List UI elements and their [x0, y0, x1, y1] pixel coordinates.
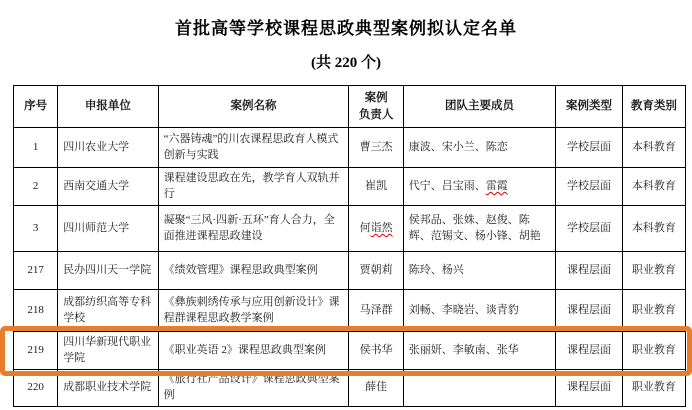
- cell-team: 侯邦品、张姝、赵俊、陈辉、范锡文、杨小锋、胡艳: [403, 206, 556, 252]
- cell-case: “六器铸魂”的川农课程思政育人模式创新与实践: [158, 128, 349, 168]
- col-header-category: 教育类别: [622, 86, 685, 128]
- cell-type: 学校层面: [556, 128, 622, 168]
- cell-team: 刘畅、李晓岩、谈青豹: [403, 290, 556, 332]
- cell-no: 220: [14, 370, 58, 407]
- cell-unit: 四川农业大学: [58, 128, 158, 168]
- cell-leader: 侯书华: [349, 332, 403, 370]
- col-header-leader: 案例负责人: [349, 86, 403, 128]
- cell-leader: 崔凯: [349, 168, 403, 206]
- cell-team: 陈玲、杨兴: [403, 252, 556, 290]
- cell-team: 张丽妍、李敏南、张华: [403, 332, 556, 370]
- team-names: 代宁、吕宝雨、: [409, 180, 486, 192]
- col-header-leader-line2: 负责人: [359, 109, 394, 121]
- cell-leader: 曹三杰: [349, 128, 403, 168]
- col-header-type: 案例类型: [556, 86, 622, 128]
- table-row: 3 四川师范大学 凝聚“三风·四新·五环”育人合力，全面推进课程思政建设 何诣然…: [14, 206, 686, 252]
- cell-type: 课程层面: [556, 252, 622, 290]
- cases-table: 序号 申报单位 案例名称 案例负责人 团队主要成员 案例类型 教育类别 1 四川…: [13, 85, 686, 407]
- cell-category: 职业教育: [622, 370, 685, 407]
- cell-type: 课程层面: [556, 370, 622, 407]
- table-row: 217 民办四川天一学院 《绩效管理》课程思政典型案例 贾朝莉 陈玲、杨兴 课程…: [14, 252, 686, 290]
- cell-category: 职业教育: [622, 290, 685, 332]
- cell-category: 职业教育: [622, 252, 685, 290]
- cell-category: 本科教育: [622, 128, 685, 168]
- cell-type: 学校层面: [556, 168, 622, 206]
- cell-case: 凝聚“三风·四新·五环”育人合力，全面推进课程思政建设: [158, 206, 349, 252]
- cell-no: 2: [14, 168, 58, 206]
- cell-case: 《彝族刺绣传承与应用创新设计》课程群课程思政教学案例: [158, 290, 349, 332]
- cell-type: 课程层面: [556, 290, 622, 332]
- table-row: 220 成都职业技术学院 《旅行社产品设计》课程思政典型案例 薛佳 课程层面 职…: [14, 370, 686, 407]
- page-title: 首批高等学校课程思政典型案例拟认定名单: [0, 14, 692, 39]
- page-subtitle: (共 220 个): [0, 51, 692, 72]
- cell-no: 3: [14, 206, 58, 252]
- cell-team: 代宁、吕宝雨、雷霞: [403, 168, 556, 206]
- document-page: 首批高等学校课程思政典型案例拟认定名单 (共 220 个) 序号 申报单位 案例…: [0, 0, 692, 410]
- table-header-row: 序号 申报单位 案例名称 案例负责人 团队主要成员 案例类型 教育类别: [14, 86, 686, 128]
- cell-unit: 成都职业技术学院: [58, 370, 158, 407]
- col-header-leader-line1: 案例: [365, 92, 388, 104]
- cell-no: 218: [14, 290, 58, 332]
- leader-name: 何: [360, 222, 371, 234]
- cell-unit: 四川师范大学: [58, 206, 158, 252]
- table-row: 1 四川农业大学 “六器铸魂”的川农课程思政育人模式创新与实践 曹三杰 康波、宋…: [14, 128, 686, 168]
- cell-leader: 薛佳: [349, 370, 403, 407]
- cell-leader: 贾朝莉: [349, 252, 403, 290]
- cell-case: 《绩效管理》课程思政典型案例: [158, 252, 349, 290]
- cell-unit: 民办四川天一学院: [58, 252, 158, 290]
- cell-no: 217: [14, 252, 58, 290]
- cell-leader: 马泽群: [349, 290, 403, 332]
- cell-type: 课程层面: [556, 332, 622, 370]
- cell-unit: 四川华新现代职业学院: [58, 332, 158, 370]
- col-header-case: 案例名称: [158, 86, 349, 128]
- team-name-spellcheck-marked: 雷霞: [486, 180, 508, 192]
- cell-team: 康波、宋小兰、陈恋: [403, 128, 556, 168]
- cell-case: 《职业英语 2》课程思政典型案例: [158, 332, 349, 370]
- cell-leader: 何诣然: [349, 206, 403, 252]
- cell-unit: 成都纺织高等专科学校: [58, 290, 158, 332]
- cell-no: 1: [14, 128, 58, 168]
- cell-category: 本科教育: [622, 168, 685, 206]
- table-row: 218 成都纺织高等专科学校 《彝族刺绣传承与应用创新设计》课程群课程思政教学案…: [14, 290, 686, 332]
- col-header-no: 序号: [14, 86, 58, 128]
- table-row: 2 西南交通大学 课程建设思政在先，教学育人双轨并行 崔凯 代宁、吕宝雨、雷霞 …: [14, 168, 686, 206]
- cell-unit: 西南交通大学: [58, 168, 158, 206]
- leader-name-spellcheck-marked: 诣然: [371, 222, 393, 234]
- cell-category: 本科教育: [622, 206, 685, 252]
- cell-type: 学校层面: [556, 206, 622, 252]
- highlighted-row: 219 四川华新现代职业学院 《职业英语 2》课程思政典型案例 侯书华 张丽妍、…: [14, 332, 686, 370]
- col-header-team: 团队主要成员: [403, 86, 556, 128]
- cell-case: 课程建设思政在先，教学育人双轨并行: [158, 168, 349, 206]
- col-header-unit: 申报单位: [58, 86, 158, 128]
- cell-no: 219: [14, 332, 58, 370]
- cell-case: 《旅行社产品设计》课程思政典型案例: [158, 370, 349, 407]
- cell-team: [403, 370, 556, 407]
- cell-category: 职业教育: [622, 332, 685, 370]
